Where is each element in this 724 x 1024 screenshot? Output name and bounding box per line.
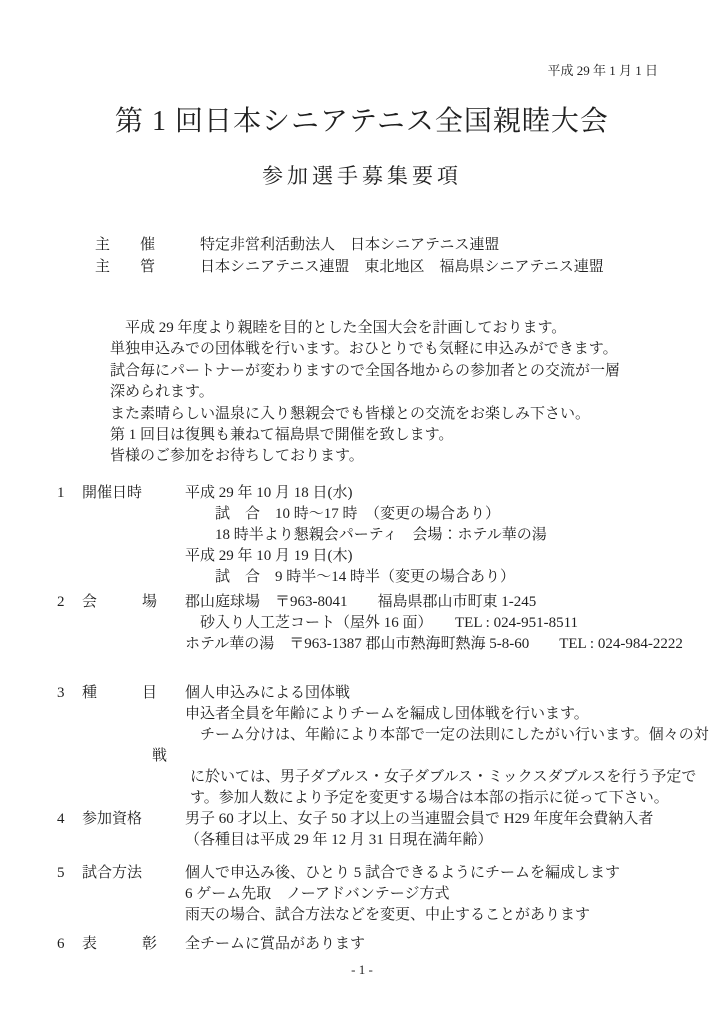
document-date: 平成 29 年 1 月 1 日	[0, 0, 724, 80]
section-content: 個人申込みによる団体戦 申込者全員を年齢によりチームを編成し団体戦を行います。 …	[185, 683, 724, 809]
section-label: 会 場	[82, 592, 185, 613]
section-content-part-a: 個人申込みによる団体戦 申込者全員を年齢によりチームを編成し団体戦を行います。 …	[185, 683, 724, 746]
section-number: 6	[57, 934, 82, 955]
section-content: 個人で申込み後、ひとり 5 試合できるようにチームを編成します 6 ゲーム先取 …	[185, 863, 724, 926]
document-subtitle: 参加選手募集要項	[0, 162, 724, 190]
section-content: 全チームに賞品があります	[185, 934, 724, 955]
organizer-block: 主 催 特定非営利活動法人 日本シニアテニス連盟 主 管 日本シニアテニス連盟 …	[0, 234, 724, 278]
document-page: 平成 29 年 1 月 1 日 第 1 回日本シニアテニス全国親睦大会 参加選手…	[0, 0, 724, 1024]
section-event-datetime: 1 開催日時 平成 29 年 10 月 18 日(水) 試 合 10 時～17 …	[57, 483, 724, 588]
section-list: 1 開催日時 平成 29 年 10 月 18 日(水) 試 合 10 時～17 …	[0, 483, 724, 955]
section-label: 開催日時	[82, 483, 185, 504]
section-match-format: 5 試合方法 個人で申込み後、ひとり 5 試合できるようにチームを編成します 6…	[57, 863, 724, 926]
section-label: 表 彰	[82, 934, 185, 955]
section-number: 3	[57, 683, 82, 704]
section-venue: 2 会 場 郡山庭球場 〒963-8041 福島県郡山市町東 1-245 砂入り…	[57, 592, 724, 655]
section-content: 郡山庭球場 〒963-8041 福島県郡山市町東 1-245 砂入り人工芝コート…	[185, 592, 724, 655]
section-eligibility: 4 参加資格 男子 60 才以上、女子 50 才以上の当連盟会員で H29 年度…	[57, 809, 724, 851]
section-content-hanging-char: 戦	[152, 746, 724, 767]
section-label: 試合方法	[82, 863, 185, 884]
section-number: 4	[57, 809, 82, 830]
section-label: 種 目	[82, 683, 185, 704]
section-number: 2	[57, 592, 82, 613]
section-content: 平成 29 年 10 月 18 日(水) 試 合 10 時～17 時 （変更の場…	[185, 483, 724, 588]
section-number: 1	[57, 483, 82, 504]
page-number: - 1 -	[0, 961, 724, 979]
section-content: 男子 60 才以上、女子 50 才以上の当連盟会員で H29 年度年会費納入者 …	[185, 809, 724, 851]
intro-paragraph: 平成 29 年度より親睦を目的とした全国大会を計画しております。 単独申込みでの…	[0, 318, 724, 468]
section-number: 5	[57, 863, 82, 884]
section-awards: 6 表 彰 全チームに賞品があります	[57, 934, 724, 955]
section-events: 3 種 目 個人申込みによる団体戦 申込者全員を年齢によりチームを編成し団体戦を…	[57, 683, 724, 809]
section-content-part-b: に於いては、男子ダブルス・女子ダブルス・ミックスダブルスを行う予定で す。参加人…	[185, 767, 724, 809]
document-title: 第 1 回日本シニアテニス全国親睦大会	[0, 104, 724, 140]
section-label: 参加資格	[82, 809, 185, 830]
